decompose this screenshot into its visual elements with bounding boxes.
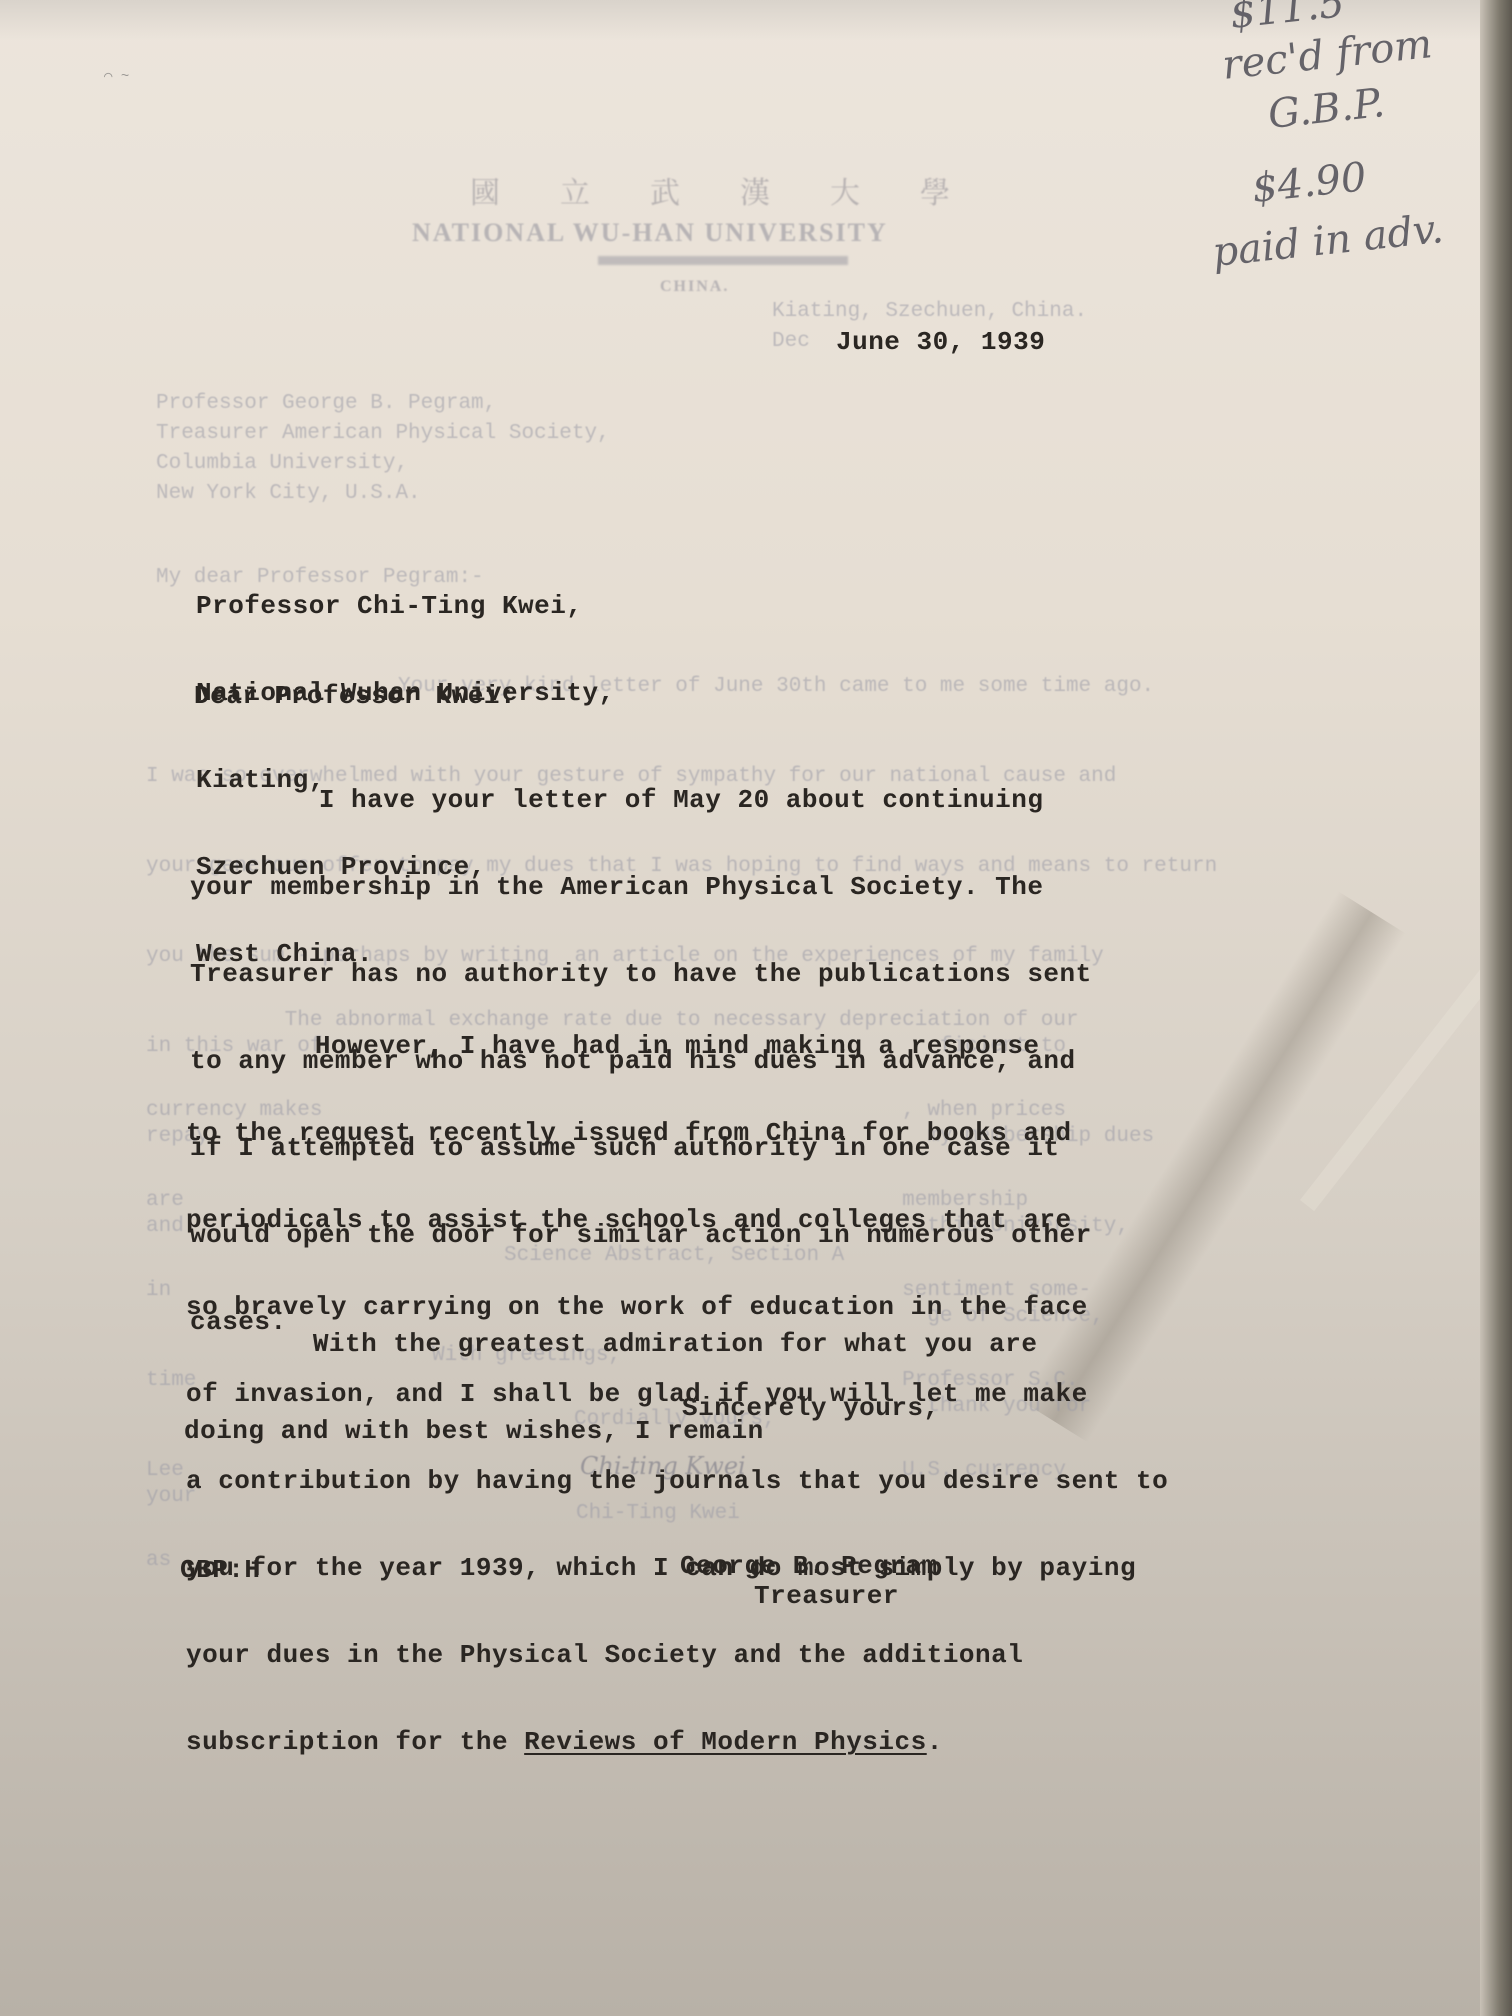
address-line: Professor Chi-Ting Kwei, — [196, 592, 615, 621]
paragraph-line: to the request recently issued from Chin… — [186, 1119, 1168, 1148]
paragraph-line: your dues in the Physical Society and th… — [186, 1641, 1168, 1670]
pencil-note-initials: G.B.P. — [1266, 80, 1387, 138]
paragraph-line: With the greatest admiration for what yo… — [184, 1330, 1037, 1359]
date-line-showthrough: Dec — [772, 330, 810, 353]
paragraph-line-last: subscription for the Reviews of Modern P… — [186, 1728, 1168, 1757]
paragraph-line: you for the year 1939, which I can do mo… — [186, 1554, 1168, 1583]
page-edge — [1480, 0, 1512, 2016]
address-line-showthrough: Columbia University, — [156, 452, 408, 475]
address-line-showthrough: Professor George B. Pegram, — [156, 392, 496, 415]
stray-mark: ⌒ ~ — [104, 68, 129, 85]
letterhead-chinese-showthrough: 國立武漢大學 — [470, 168, 1010, 212]
complimentary-close: Sincerely yours, — [682, 1394, 940, 1423]
letterhead-english-showthrough: NATIONAL WU-HAN UNIVERSITY — [412, 218, 888, 248]
signatory-title: Treasurer — [754, 1582, 899, 1611]
salutation: Dear Professor Kwei: — [194, 682, 516, 711]
paragraph-line: your membership in the American Physical… — [190, 873, 1092, 902]
pencil-note-paid-amount: $4.90 — [1250, 154, 1369, 212]
journal-title: Reviews of Modern Physics — [524, 1727, 927, 1757]
line-suffix: . — [927, 1727, 943, 1757]
paragraph-line: I have your letter of May 20 about conti… — [190, 786, 1092, 815]
letterhead-rule-showthrough — [598, 256, 848, 265]
reference-initials: GBP:H — [180, 1556, 261, 1585]
letterhead-country-showthrough: CHINA. — [660, 278, 729, 296]
paragraph-line: periodicals to assist the schools and co… — [186, 1206, 1168, 1235]
paragraph-line: However, I have had in mind making a res… — [186, 1032, 1168, 1061]
address-line-showthrough: New York City, U.S.A. — [156, 482, 421, 505]
paragraph-closing: With the greatest admiration for what yo… — [184, 1272, 1037, 1504]
place-line-showthrough: Kiating, Szechuen, China. — [772, 300, 1087, 323]
address-line-showthrough: Treasurer American Physical Society, — [156, 422, 610, 445]
line-prefix: subscription for the — [186, 1727, 524, 1757]
letter-sheet: ⌒ ~ 國立武漢大學 NATIONAL WU-HAN UNIVERSITY CH… — [0, 0, 1480, 2016]
letter-date: June 30, 1939 — [836, 328, 1045, 357]
signatory-name: George B. Pegram — [680, 1552, 938, 1581]
pencil-note-paid-in-advance: paid in adv. — [1210, 206, 1445, 276]
